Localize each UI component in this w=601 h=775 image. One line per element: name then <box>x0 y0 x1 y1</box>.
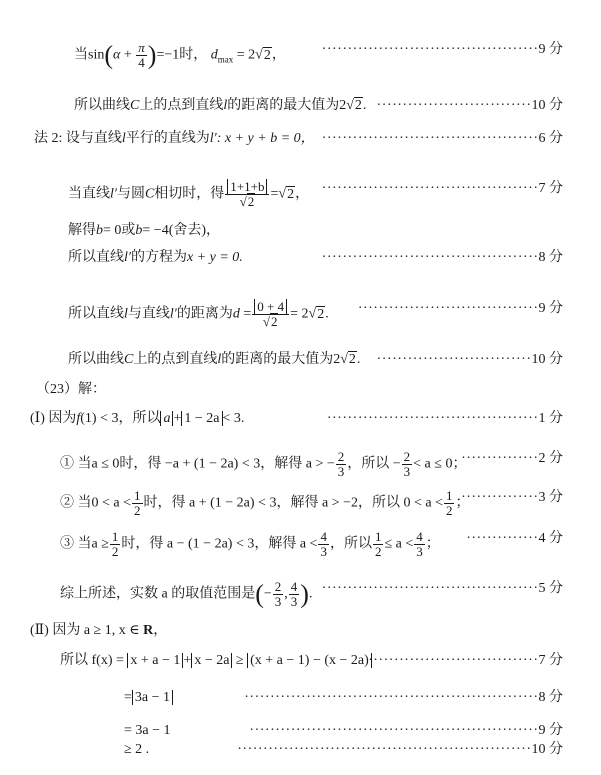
text: 4 <box>414 530 425 545</box>
score-label: 6 分 <box>539 131 564 146</box>
text: 4 <box>136 56 147 70</box>
leader-dots: ········································… <box>327 411 539 426</box>
text: 1 <box>373 530 384 545</box>
score-label: 1 分 <box>539 411 564 426</box>
text: 2 <box>373 545 384 559</box>
score-label: 10 分 <box>532 742 564 757</box>
text: 时，得 a − (1 − 2a) < 3，解得 a < <box>121 537 317 552</box>
text: 3 <box>402 465 413 479</box>
text: 1 <box>110 530 121 545</box>
text: . <box>357 352 361 367</box>
text: + <box>124 48 132 63</box>
text: 2 <box>110 545 121 559</box>
text: l′ <box>170 307 177 322</box>
text: 综上所述，实数 a 的取值范围是 <box>60 587 255 602</box>
fraction: 12 <box>444 489 455 518</box>
fraction: 12 <box>132 489 143 518</box>
line-triangle-inequality: 所以 f(x) = x + a − 1+x − 2a ≥ (x + a − 1)… <box>60 652 372 670</box>
text: 2 <box>336 450 347 465</box>
text: 0 + 4 <box>254 299 287 314</box>
fraction: 43 <box>414 530 425 559</box>
text: ， <box>295 187 309 202</box>
leader-dots: ··············· <box>461 451 538 466</box>
text: 3 <box>414 545 425 559</box>
fraction: 43 <box>289 580 300 609</box>
score-9b: ···································9 分 <box>358 300 563 318</box>
leader-dots: ··································· <box>358 301 539 316</box>
text: x + a − 1 <box>127 653 183 668</box>
line-equation: 所以直线l′的方程为x + y = 0. <box>68 249 243 267</box>
text: d <box>211 48 218 63</box>
line-part-2: (Ⅱ) 因为 a ≥ 1, x ∈ R， <box>30 622 167 640</box>
text: ，所以 − <box>347 457 400 472</box>
text: 3 <box>289 595 300 609</box>
text: 2 <box>270 313 279 329</box>
fraction: 23 <box>402 450 413 479</box>
text: l′ <box>210 131 217 146</box>
line-distance-d: 所以直线l与直线l′的距离为d =0 + 4√2= 2√2. <box>68 300 329 329</box>
leader-dots: ········································… <box>322 131 539 146</box>
paren-close: ) <box>300 580 309 609</box>
text: 的距离为 <box>177 307 233 322</box>
fraction: π4 <box>136 41 147 70</box>
text: a <box>160 411 173 426</box>
fraction: 43 <box>318 530 329 559</box>
text: x − 2a <box>191 653 232 668</box>
text: = <box>243 307 251 322</box>
text: 2 <box>273 580 284 595</box>
text: 2 <box>444 504 455 518</box>
score-5: ········································… <box>322 580 563 598</box>
leader-dots: ········································… <box>322 250 539 265</box>
score-label: 7 分 <box>539 181 564 196</box>
text: C <box>124 352 133 367</box>
line-max-distance: 所以曲线C上的点到直线l的距离的最大值为2√2. <box>74 97 366 115</box>
fraction: 0 + 4√2 <box>252 300 289 329</box>
score-label: 8 分 <box>539 690 564 705</box>
text: 相切时，得 <box>154 187 224 202</box>
line-part-1: (Ⅰ) 因为f(1) < 3，所以a+1 − 2a< 3. <box>30 410 244 428</box>
text: 2 <box>286 186 295 202</box>
text: < 3. <box>223 411 245 426</box>
leader-dots: ······························ <box>377 98 532 113</box>
text: 1+1+b <box>227 179 267 194</box>
score-label: 9 分 <box>539 42 564 57</box>
text: < a ≤ 0； <box>413 457 466 472</box>
text: 4 <box>318 530 329 545</box>
text: 与圆 <box>117 187 145 202</box>
text: 2 <box>247 193 256 209</box>
leader-dots: ········································… <box>322 42 539 57</box>
text: 当直线 <box>68 187 110 202</box>
score-3: ···············3 分 <box>461 489 563 507</box>
text: (Ⅱ) 因为 a ≥ 1, x ∈ <box>30 623 143 638</box>
line-abs-3a-1: =3a − 1 <box>124 689 173 707</box>
text: 时，得 a + (1 − 2a) < 3，解得 a > −2，所以 0 < a … <box>144 496 443 511</box>
score-8: ········································… <box>322 249 563 267</box>
text: 1 <box>444 489 455 504</box>
text: 2 <box>248 48 255 63</box>
score-label: 9 分 <box>539 301 564 316</box>
text: 当 <box>74 48 88 63</box>
text: 4 <box>289 580 300 595</box>
text: ≥ 2 . <box>124 742 149 757</box>
denominator: √2 <box>252 315 289 329</box>
fraction: 1+1+b√2 <box>225 180 269 209</box>
text: 2 <box>263 47 272 63</box>
text: ， <box>153 623 167 638</box>
text: = <box>124 690 132 705</box>
line-max-distance-2: 所以曲线C上的点到直线l的距离的最大值为2√2. <box>68 351 360 369</box>
paren-open: ( <box>255 580 264 609</box>
line-3a-1: = 3a − 1 <box>124 722 171 740</box>
text: . <box>363 98 367 113</box>
case-3: ③ 当a ≥12时，得 a − (1 − 2a) < 3，解得 a <43，所以… <box>60 530 440 559</box>
score-7: ········································… <box>322 180 563 198</box>
text: ， <box>272 48 286 63</box>
text: 1 <box>132 489 143 504</box>
text: 3 <box>273 595 284 609</box>
score-2: ···············2 分 <box>461 450 563 468</box>
score-label: 10 分 <box>532 352 564 367</box>
score-label: 8 分 <box>539 250 564 265</box>
score-label: 10 分 <box>532 98 564 113</box>
text: 所以 f(x) = <box>60 653 127 668</box>
text: (1) < 3，所以 <box>80 411 160 426</box>
score-7b: ·································7 分 <box>368 652 563 670</box>
text: （23）解： <box>36 382 106 397</box>
text: ，所以 <box>330 537 372 552</box>
leader-dots: ································· <box>368 653 538 668</box>
score-4: ··············4 分 <box>466 530 563 548</box>
text: : x + y + b = 0， <box>217 131 315 146</box>
text: x + y = 0. <box>187 250 243 265</box>
score-label: 3 分 <box>539 490 564 505</box>
text: 上的点到直线 <box>139 98 223 113</box>
text: 的距离的最大值为 <box>221 352 333 367</box>
score-10b: ······························10 分 <box>377 351 563 369</box>
text: = <box>270 187 278 202</box>
leader-dots: ········································… <box>244 690 538 705</box>
text: = 2 <box>290 307 308 322</box>
leader-dots: ········································… <box>249 723 538 738</box>
text: 平行的直线为 <box>126 131 210 146</box>
text: ≤ a < <box>384 537 413 552</box>
text: 的方程为 <box>131 250 187 265</box>
score-6: ········································… <box>322 130 563 148</box>
score-label: 4 分 <box>539 531 564 546</box>
text: b <box>96 223 103 238</box>
score-label: 5 分 <box>539 581 564 596</box>
leader-dots: ······························ <box>377 352 532 367</box>
text: 2 <box>354 97 363 113</box>
text: =−1时， <box>156 48 207 63</box>
score-label: 2 分 <box>539 451 564 466</box>
leader-dots: ········································… <box>237 742 531 757</box>
leader-dots: ········································… <box>322 581 539 596</box>
problem-23-heading: （23）解： <box>36 381 106 399</box>
text: 2 <box>316 306 325 322</box>
score-10c: ········································… <box>237 741 563 759</box>
text: 的距离的最大值为 <box>227 98 339 113</box>
text: R <box>143 623 153 638</box>
line-solve-b: 解得b= 0或b= −4(舍去)， <box>68 222 220 240</box>
score-label: 9 分 <box>539 723 564 738</box>
text: C <box>145 187 154 202</box>
line-when-sin: 当sin(α + π4)=−1时， dmax = 2√2， <box>74 41 286 70</box>
text: = <box>237 48 245 63</box>
text: ③ 当a ≥ <box>60 537 109 552</box>
text: l′ <box>110 187 117 202</box>
text: ① 当a ≤ 0时，得 −a + (1 − 2a) < 3，解得 a > − <box>60 457 335 472</box>
leader-dots: ·············· <box>466 531 538 546</box>
text: . <box>325 307 329 322</box>
text: 2 <box>348 351 357 367</box>
text: 3 <box>318 545 329 559</box>
text: (Ⅰ) 因为 <box>30 411 76 426</box>
paren-open: ( <box>104 41 113 70</box>
denominator: √2 <box>225 195 269 209</box>
score-9: ········································… <box>322 41 563 59</box>
text: 所以直线 <box>68 250 124 265</box>
text: π <box>136 41 147 56</box>
leader-dots: ········································… <box>322 181 539 196</box>
text: 所以曲线 <box>74 98 130 113</box>
text: = 3a − 1 <box>124 723 171 738</box>
leader-dots: ··············· <box>461 490 538 505</box>
text: 3 <box>336 465 347 479</box>
text: . <box>309 587 313 602</box>
text: 2 <box>333 352 340 367</box>
score-8b: ········································… <box>244 689 563 707</box>
fraction: 12 <box>110 530 121 559</box>
text: − <box>264 587 272 602</box>
text: max <box>218 55 234 65</box>
score-label: 7 分 <box>539 653 564 668</box>
text: l′ <box>124 250 131 265</box>
line-ge-2: ≥ 2 . <box>124 741 149 759</box>
line-range-summary: 综上所述，实数 a 的取值范围是(−23,43). <box>60 580 312 609</box>
fraction: 12 <box>373 530 384 559</box>
text: 3a − 1 <box>132 690 173 705</box>
text: d <box>233 307 240 322</box>
case-1: ① 当a ≤ 0时，得 −a + (1 − 2a) < 3，解得 a > −23… <box>60 450 466 479</box>
case-2: ② 当0 < a <12时，得 a + (1 − 2a) < 3，解得 a > … <box>60 489 469 518</box>
text: 1 − 2a <box>181 411 222 426</box>
text: ② 当0 < a < <box>60 496 131 511</box>
score-10: ······························10 分 <box>377 97 563 115</box>
fraction: 23 <box>273 580 284 609</box>
text: C <box>130 98 139 113</box>
score-9c: ········································… <box>249 722 563 740</box>
text: (x + a − 1) − (x − 2a) <box>247 653 372 668</box>
text: α <box>113 48 120 63</box>
text: = −4(舍去)， <box>142 223 220 238</box>
text: sin <box>88 48 104 63</box>
text: 2 <box>402 450 413 465</box>
text: 法 2: 设与直线 <box>34 131 122 146</box>
text: 所以直线 <box>68 307 124 322</box>
text: 与直线 <box>128 307 170 322</box>
text: 2 <box>132 504 143 518</box>
score-1: ········································… <box>327 410 563 428</box>
text: 上的点到直线 <box>133 352 217 367</box>
text: = 0或 <box>103 223 135 238</box>
line-method-2: 法 2: 设与直线l平行的直线为l′: x + y + b = 0， <box>34 130 315 148</box>
text: 2 <box>339 98 346 113</box>
text: 解得 <box>68 223 96 238</box>
text: 所以曲线 <box>68 352 124 367</box>
fraction: 23 <box>336 450 347 479</box>
text: ≥ <box>236 653 244 668</box>
line-tangent: 当直线l′与圆C相切时，得1+1+b√2=√2， <box>68 180 309 209</box>
text: ； <box>426 537 440 552</box>
